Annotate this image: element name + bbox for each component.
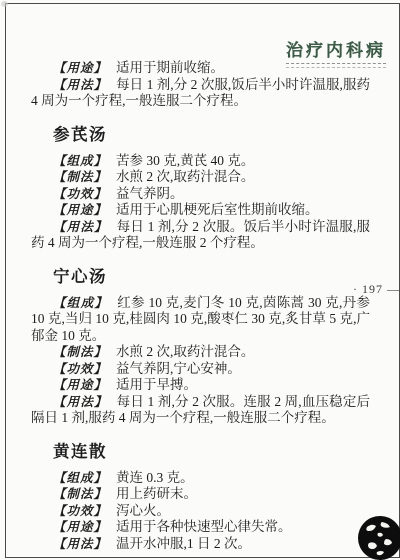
entry-text: 益气养阴。: [116, 186, 184, 201]
entry-label: 【组成】: [53, 296, 108, 310]
entry-text: 适用于心肌梗死后室性期前收缩。: [116, 202, 319, 217]
entry-text: 苦参 30 克,黄芪 40 克。: [116, 153, 254, 168]
recipe-entry: 【功效】益气养阴。: [31, 186, 370, 203]
globe-icon: [354, 513, 400, 560]
entry-label: 【用法】: [53, 537, 107, 551]
entry-text: 适用于早搏。: [116, 377, 197, 392]
entry-label: 【用法】: [53, 220, 108, 234]
entry-label: 【用法】: [53, 78, 107, 92]
recipe-entry: 【用途】适用于早搏。: [31, 377, 370, 394]
page-content: 【用途】适用于期前收缩。 【用法】每日 1 剂,分 2 次服,饭后半小时许温服,…: [31, 60, 370, 552]
entry-text: 温开水冲服,1 日 2 次。: [116, 536, 251, 551]
section-shen-qi-tang: 参芪汤 【组成】苦参 30 克,黄芪 40 克。 【制法】水煎 2 次,取药汁混…: [31, 121, 370, 252]
entry-text: 适用于各种快速型心律失常。: [116, 519, 292, 534]
book-page: 治疗内科病 【用途】适用于期前收缩。 【用法】每日 1 剂,分 2 次服,饭后半…: [0, 0, 400, 560]
entry-label: 【功效】: [53, 362, 107, 376]
entry-text: 黄连 0.3 克。: [116, 470, 194, 485]
entry-label: 【用法】: [53, 395, 108, 409]
entry-label: 【制法】: [53, 170, 107, 184]
entry-label: 【组成】: [53, 154, 107, 168]
recipe-entry: 【功效】益气养阴,宁心安神。: [31, 361, 370, 378]
entry-label: 【用途】: [53, 61, 107, 75]
scan-artifact: [1, 1, 8, 7]
entry-text: 水煎 2 次,取药汁混合。: [116, 169, 254, 184]
recipe-entry: 【用途】适用于期前收缩。: [31, 60, 370, 77]
section-ning-xin-tang: 宁心汤 【组成】红参 10 克,麦门冬 10 克,茵陈蒿 30 克,丹参 10 …: [31, 263, 370, 427]
recipe-entry: 【用途】适用于心肌梗死后室性期前收缩。: [31, 202, 370, 219]
page-number: · 197 —: [353, 282, 400, 297]
entry-label: 【功效】: [53, 504, 107, 518]
recipe-entry: 【用法】温开水冲服,1 日 2 次。: [31, 536, 370, 553]
section-title: 参芪汤: [53, 121, 370, 145]
entry-text: 水煎 2 次,取药汁混合。: [116, 344, 254, 359]
recipe-entry: 【制法】水煎 2 次,取药汁混合。: [31, 169, 370, 186]
entry-label: 【制法】: [53, 487, 107, 501]
recipe-entry: 【功效】泻心火。: [31, 503, 370, 520]
recipe-entry: 【用途】适用于各种快速型心律失常。: [31, 519, 370, 536]
entry-text: 泻心火。: [116, 503, 170, 518]
recipe-entry: 【制法】水煎 2 次,取药汁混合。: [31, 344, 370, 361]
section-title: 宁心汤: [53, 263, 370, 287]
entry-label: 【用途】: [53, 203, 107, 217]
entry-label: 【用途】: [53, 378, 107, 392]
entry-text: 用上药研末。: [116, 486, 197, 501]
section-huang-lian-san: 黄连散 【组成】黄连 0.3 克。 【制法】用上药研末。 【功效】泻心火。 【用…: [31, 438, 370, 553]
recipe-entry: 【制法】用上药研末。: [31, 486, 370, 503]
entry-label: 【制法】: [53, 345, 107, 359]
recipe-entry: 【组成】黄连 0.3 克。: [31, 470, 370, 487]
entry-text: 适用于期前收缩。: [116, 60, 224, 75]
recipe-entry: 【用法】每日 1 剂,分 2 次服,饭后半小时许温服,服药 4 周为一个疗程,一…: [31, 77, 370, 110]
recipe-entry: 【组成】苦参 30 克,黄芪 40 克。: [31, 153, 370, 170]
section-title: 黄连散: [53, 438, 370, 462]
entry-label: 【用途】: [53, 520, 107, 534]
recipe-entry: 【组成】红参 10 克,麦门冬 10 克,茵陈蒿 30 克,丹参 10 克,当归…: [31, 295, 370, 345]
entry-label: 【组成】: [53, 471, 107, 485]
recipe-entry: 【用法】每日 1 剂,分 2 次服。饭后半小时许温服,服药 4 周为一个疗程,一…: [31, 219, 370, 252]
recipe-entry: 【用法】每日 1 剂,分 2 次服。连服 2 周,血压稳定后隔日 1 剂,服药 …: [31, 394, 370, 427]
entry-label: 【功效】: [53, 187, 107, 201]
chapter-title: 治疗内科病: [286, 36, 386, 61]
entry-text: 益气养阴,宁心安神。: [116, 361, 241, 376]
